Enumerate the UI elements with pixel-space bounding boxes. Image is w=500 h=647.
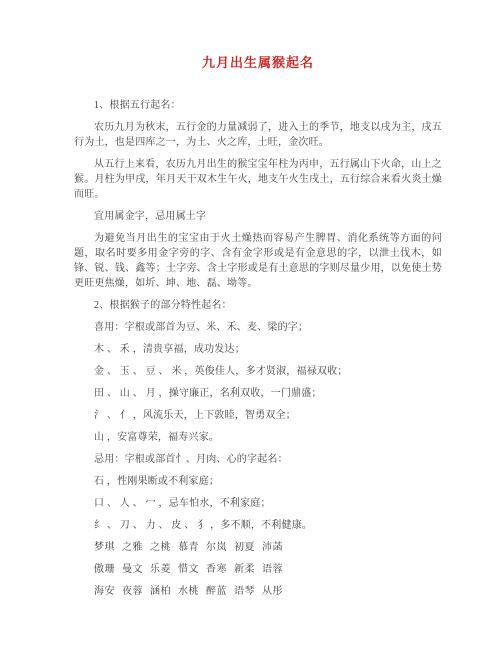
favored-radical-line-3: 田 、 山 、 月 ，操守廉正，名利双收，一门鼎盛； bbox=[74, 386, 442, 401]
favored-radical-line-5: 山 ，安富尊荣，福寿兴家。 bbox=[74, 430, 442, 445]
document-title: 九月出生属猴起名 bbox=[74, 54, 442, 71]
names-row-1: 梦琪 之雅 之桃 慕青 尔岚 初夏 沛菡 bbox=[74, 540, 442, 555]
avoid-radical-line-3: 纟 、 刀 、 力 、 皮 、 犭 ，多不顺，不利健康。 bbox=[74, 518, 442, 533]
section-2-heading: 2、根据猴子的部分特性起名： bbox=[74, 298, 442, 313]
document-page: 九月出生属猴起名 1、根据五行起名： 农历九月为秋末，五行金的力量减弱了，进入土… bbox=[0, 0, 500, 647]
names-row-3: 海安 夜蓉 涵柏 水桃 醉蓝 语琴 从彤 bbox=[74, 584, 442, 599]
section-1-heading: 1、根据五行起名： bbox=[74, 98, 442, 113]
paragraph-wuxing-detail: 从五行上来看，农历九月出生的猴宝宝年柱为丙申，五行属山下火命，山上之猴。月柱为甲… bbox=[74, 157, 442, 202]
paragraph-advice-summary: 宜用属金字，忌用属土字 bbox=[74, 209, 442, 224]
favored-radical-line-4: 氵 、 亻 ，风流乐天，上下敦睦，智勇双全； bbox=[74, 408, 442, 423]
avoid-radicals-heading: 忌用：字根或部首忄、月肉、心的字起名： bbox=[74, 452, 442, 467]
avoid-radical-line-2: 口 、 人 、 冖 ，忌车怕水，不利家庭； bbox=[74, 496, 442, 511]
favored-radicals-heading: 喜用：字根或部首为豆、米、禾、麦、梁的字； bbox=[74, 320, 442, 335]
names-row-2: 傲珊 曼文 乐菱 惜文 香寒 新柔 语蓉 bbox=[74, 562, 442, 577]
favored-radical-line-2: 金 、 玉 、 豆 、 米 ，英俊佳人，多才贤淑，福禄双收； bbox=[74, 364, 442, 379]
avoid-radical-line-1: 石 ，性刚果断或不利家庭； bbox=[74, 474, 442, 489]
favored-radical-line-1: 木 、 禾 ，清贵享福，成功发达； bbox=[74, 342, 442, 357]
paragraph-advice-detail: 为避免当月出生的宝宝由于火土燥热而容易产生脾胃、消化系统等方面的问题，取名时要多… bbox=[74, 231, 442, 291]
paragraph-wuxing-overview: 农历九月为秋末，五行金的力量减弱了，进入土的季节，地支以戌为主，戌五行为土，也是… bbox=[74, 120, 442, 150]
